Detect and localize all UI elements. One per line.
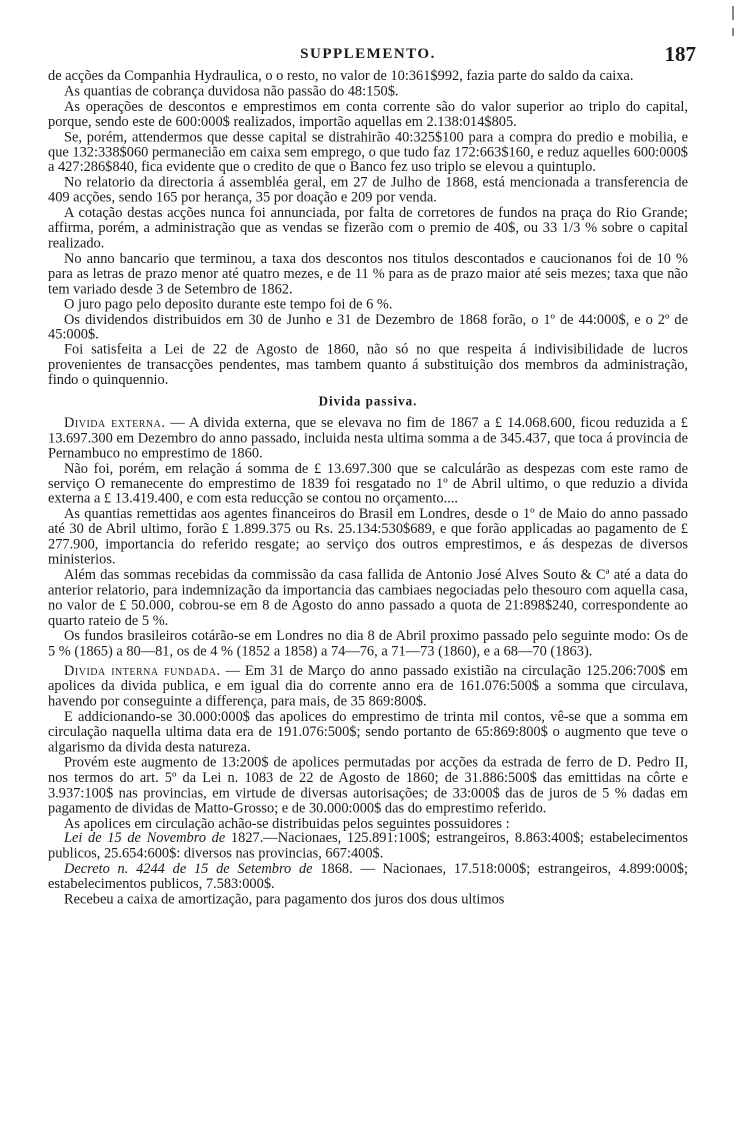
paragraph-decreto: Decreto n. 4244 de 15 de Setembro de 186… xyxy=(48,862,688,892)
body-text: de acções da Companhia Hydraulica, o o r… xyxy=(48,69,688,907)
scan-margin-mark xyxy=(732,28,734,36)
paragraph: As operações de descontos e emprestimos … xyxy=(48,99,688,129)
run-in-label: Divida interna fundada. xyxy=(64,663,221,679)
paragraph: E addicionando-se 30.000:000$ das apolic… xyxy=(48,710,688,756)
running-title: SUPPLEMENTO. xyxy=(48,46,688,63)
paragraph: Além das sommas recebidas da commissão d… xyxy=(48,568,688,629)
paragraph: No relatorio da directoria á assembléa g… xyxy=(48,175,688,205)
page-number: 187 xyxy=(665,42,697,67)
paragraph: Os fundos brasileiros cotárão-se em Lond… xyxy=(48,629,688,659)
paragraph: Os dividendos distribuidos em 30 de Junh… xyxy=(48,312,688,342)
scan-margin-mark xyxy=(732,6,734,20)
paragraph: No anno bancario que terminou, a taxa do… xyxy=(48,251,688,297)
paragraph: As quantias de cobrança duvidosa não pas… xyxy=(48,84,688,99)
paragraph: Se, porém, attendermos que desse capital… xyxy=(48,130,688,176)
italic-label: Lei de 15 de Novembro de xyxy=(64,830,225,846)
paragraph: O juro pago pelo deposito durante este t… xyxy=(48,297,688,312)
paragraph-divida-interna: Divida interna fundada. — Em 31 de Março… xyxy=(48,664,688,710)
section-heading: Divida passiva. xyxy=(48,394,688,409)
paragraph: A cotação destas acções nunca foi annunc… xyxy=(48,206,688,252)
paragraph-divida-externa: Divida externa. — A divida externa, que … xyxy=(48,416,688,462)
paragraph: As quantias remettidas aos agentes finan… xyxy=(48,507,688,568)
paragraph: Não foi, porém, em relação á somma de £ … xyxy=(48,461,688,507)
paragraph-lei: Lei de 15 de Novembro de 1827.—Nacionaes… xyxy=(48,831,688,861)
paragraph: Provém este augmento de 13:200$ de apoli… xyxy=(48,755,688,816)
paragraph: Foi satisfeita a Lei de 22 de Agosto de … xyxy=(48,343,688,389)
running-header: SUPPLEMENTO. 187 xyxy=(48,46,688,70)
paragraph: Recebeu a caixa de amortização, para pag… xyxy=(48,892,688,907)
run-in-label: Divida externa. xyxy=(64,415,165,431)
italic-label: Decreto n. 4244 de 15 de Setembro de xyxy=(64,861,313,877)
paragraph: de acções da Companhia Hydraulica, o o r… xyxy=(48,69,688,84)
paragraph: As apolices em circulação achão-se distr… xyxy=(48,816,688,831)
